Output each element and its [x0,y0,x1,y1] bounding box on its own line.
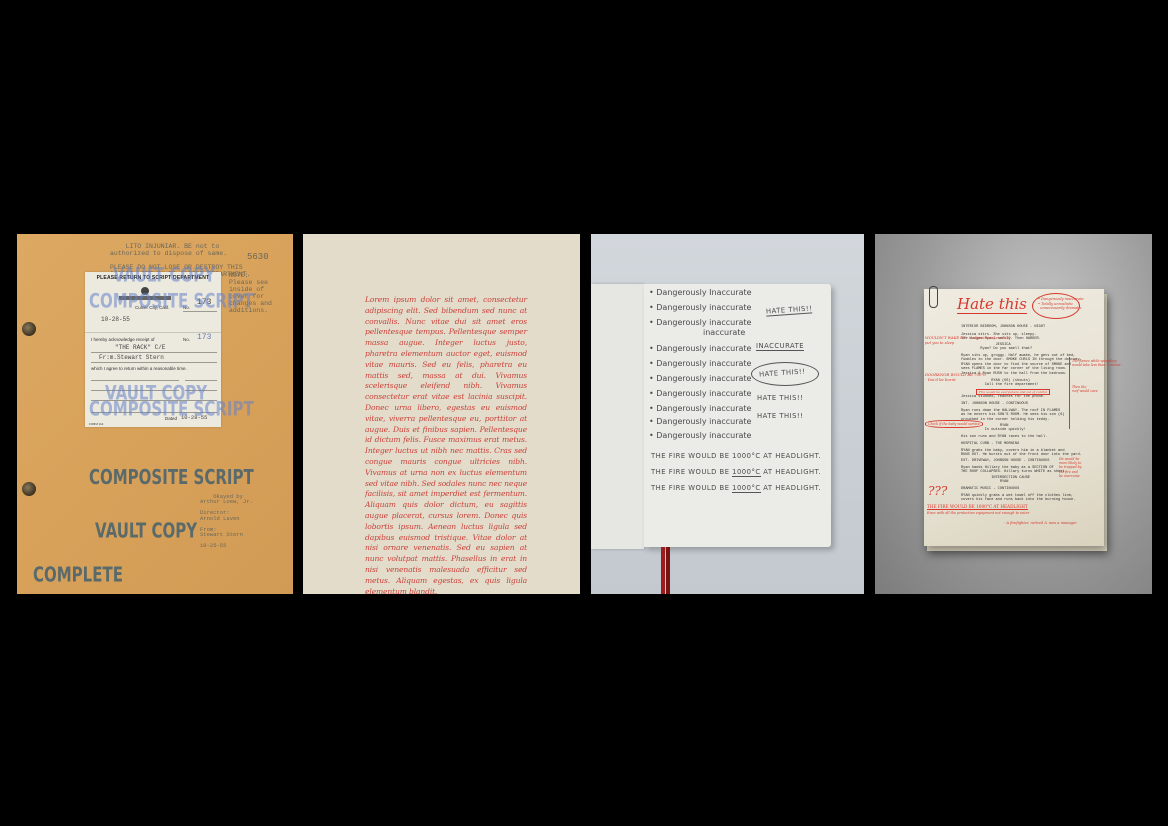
folder-credits: Okayed byArthur Loew, Jr.Director:Arnold… [200,488,253,554]
bookmark-ribbon [666,547,670,594]
card-date-top: 10-28-55 [101,316,130,323]
card-line [91,362,217,363]
bookmark-ribbon [661,547,665,594]
script-block: HOSPITAL CURB - THE MORNING [961,442,1019,446]
margin-note: Even with all the protective equipment n… [927,511,1029,515]
note-bullet: Dangerously inaccurate [656,431,751,440]
note-bullet: Dangerously inaccurate [656,404,751,413]
card-title: "THE RACK" C/E [115,344,165,351]
binder-hole-bottom [22,482,36,496]
note-bullet: Dangerously inaccurate [656,359,751,368]
annotation-inaccurate: INACCURATE [756,342,804,351]
panel-notebook: • Dangerously Inaccurate • Dangerously i… [591,234,864,594]
scene-heading: INTERIOR BEDROOM, JOHNSON HOUSE - NIGHT [961,325,1045,329]
script-block: His son runs and RYAN races to the hall. [961,435,1047,439]
margin-note: The flames while spreading would take le… [1072,359,1121,367]
note-bullet: Dangerously inaccurate [656,417,751,426]
card-recipient: Fr:m.Stewart Stern [99,354,164,361]
binder-hole-top [22,322,36,336]
note-bullet: Dangerously inaccurate [656,318,751,327]
script-block: RYAN quickly grabs a wet towel off the c… [961,494,1075,503]
panel-annotated-script: Hate this • Dangerously inaccurate • Tot… [875,234,1152,594]
receipt-card: PLEASE RETURN TO SCRIPT DEPARTMENT Culve… [85,272,221,427]
card-agree: which I agree to return within a reasona… [91,366,187,371]
script-block: Jessica stunned, reaches for the phone. [961,395,1045,399]
fire-line: THE FIRE WOULD BE 1000°C AT HEADLIGHT. [651,452,821,460]
note-bullet: Dangerously inaccurate [656,344,751,353]
stamp-composite-script-blue: COMPOSITE SCRIPT [89,397,254,420]
card-acknowledge: I hereby acknowledge receipt of [91,337,155,342]
fire-line: THE FIRE WOULD BE 1000°C AT HEADLIGHT. [651,484,821,492]
note-bullet-extra: inaccurate [703,328,745,337]
stamp-complete: COMPLETE [33,563,123,587]
card-number-bottom: 173 [197,333,211,342]
margin-note: He would be more likely to be trapped by… [1059,457,1082,478]
stamp-vault-copy-faded: VAULT COPY [113,263,215,286]
margin-bracket [1067,357,1070,429]
margin-note: WOULDN'T WAKE UP - the toxic smoke would… [925,336,1010,345]
note-bullet: Dangerously Inaccurate [656,288,751,297]
script-page: Hate this • Dangerously inaccurate • Tot… [924,289,1104,546]
note-bullet: Dangerously inaccurate [656,374,751,383]
note-bullet: Dangerously inaccurate [656,389,751,398]
margin-note-question-marks: ??? [928,484,947,498]
title-note-hate-this: Hate this [957,295,1027,314]
handwritten-text: Lorem ipsum dolor sit amet, consectetur … [365,295,527,594]
notebook-left-page [591,284,644,549]
folder-number: 5630 [247,254,269,261]
margin-note-circled: Check if the baby would survive [925,420,983,428]
script-block: INTERSECTION CAUSE RYAN [961,476,1030,485]
margin-note-boxed: Fire would be everywhere and out of cont… [976,389,1050,395]
oval-note: • Dangerously inaccurate • Totally unrea… [1038,297,1084,311]
panel-composite-script-folder: LITO INJUNIAR. BE not toauthorized to di… [17,234,293,594]
panel-handwritten-page: Lorem ipsum dolor sit amet, consectetur … [303,234,580,594]
note-bullet: Dangerously inaccurate [656,303,751,312]
script-block: EXT. DRIVEWAY, JOHNSON HOUSE - CONTINUOU… [961,459,1049,463]
script-block: DRAMATIC MUSIC - CONTINUOUS [961,487,1019,491]
stamp-composite-script-faded: COMPOSITE SCRIPT [89,289,254,312]
card-line [91,352,217,353]
margin-note-signature: - A firefighter, retired & now a manager [1004,521,1077,525]
card-form-no: FORM 114 [89,422,103,426]
script-block: INT. JOHNSON HOUSE - CONTINUOUS [961,402,1028,406]
stamp-vault-copy: VAULT COPY [95,519,197,543]
script-block: Ryan hands Hillary the baby as a SECTION… [961,466,1067,475]
margin-note-fire: THE FIRE WOULD BE 1000°C AT HEADLIGHT [927,504,1028,510]
annotation-hate-this: HATE THIS!! [757,412,803,420]
margin-note: Then the roof would cave [1072,385,1098,393]
stamp-composite-script: COMPOSITE SCRIPT [89,465,254,489]
paperclip-icon [929,286,938,308]
fire-line: THE FIRE WOULD BE 1000°C AT HEADLIGHT. [651,468,821,476]
card-no-label-2: No. [183,337,190,342]
annotation-hate-this: HATE THIS!! [757,394,803,402]
margin-note: DOORKNOB WOULD BE 700°C - You'd be burnt [925,373,986,383]
